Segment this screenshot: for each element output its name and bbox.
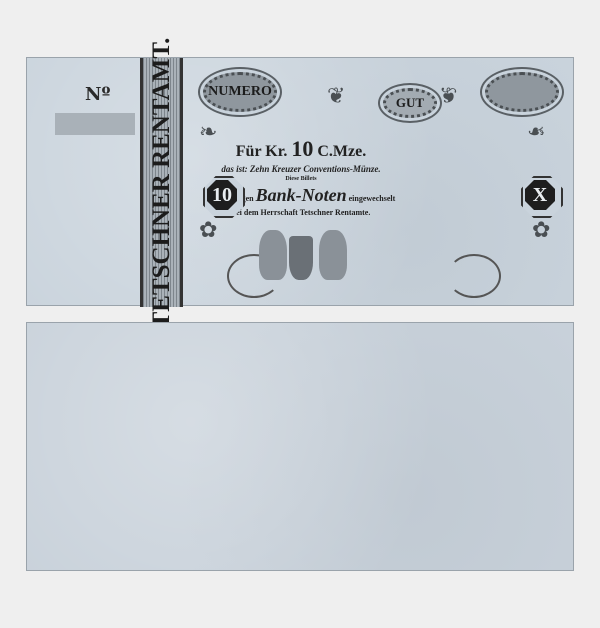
denomination-left: 10 [207,180,237,210]
denomination-left-frame: 10 [203,176,245,218]
bank-noten-script: Bank-Noten [256,185,347,205]
cherub-right-icon [319,230,347,280]
scroll-ornament-icon [447,254,501,298]
stub-number-box [55,113,135,135]
ornament-icon: ❦ [439,84,457,109]
vertical-band-text: TETSCHNER RENTAMT. [148,37,176,328]
stub-number-label: Nº [85,84,110,105]
ornament-icon: ❦ [327,84,345,109]
exchange-suffix: eingewechselt [349,194,396,203]
value-amount: 10 [291,136,313,161]
value-line: Für Kr. 10 C.Mze. [27,136,575,162]
gut-oval: GUT [383,88,437,118]
blank-oval [485,72,559,112]
issuer-line: bei dem Herrschaft Tetschner Rentamte. [27,208,575,217]
denomination-right: X [525,180,555,210]
billets-line: Diese Billets [27,176,575,182]
basket-icon [289,236,313,280]
cherub-left-icon [259,230,287,280]
value-prefix: Für Kr. [236,143,288,160]
numero-oval: NUMERO [203,72,277,112]
exchange-line: werden gegen Bank-Noten eingewechselt [27,185,575,206]
value-words-line: das ist: Zehn Kreuzer Conventions-Münze. [27,164,575,174]
flourish-icon: ✿ [199,218,217,243]
flourish-icon: ✿ [532,218,550,243]
banknote-back [26,322,574,571]
banknote-front: Nº TETSCHNER RENTAMT. NUMERO GUT ❦ ❦ ❧ ❧… [26,57,574,306]
value-suffix: C.Mze. [317,143,366,160]
vertical-band: TETSCHNER RENTAMT. [140,58,183,307]
